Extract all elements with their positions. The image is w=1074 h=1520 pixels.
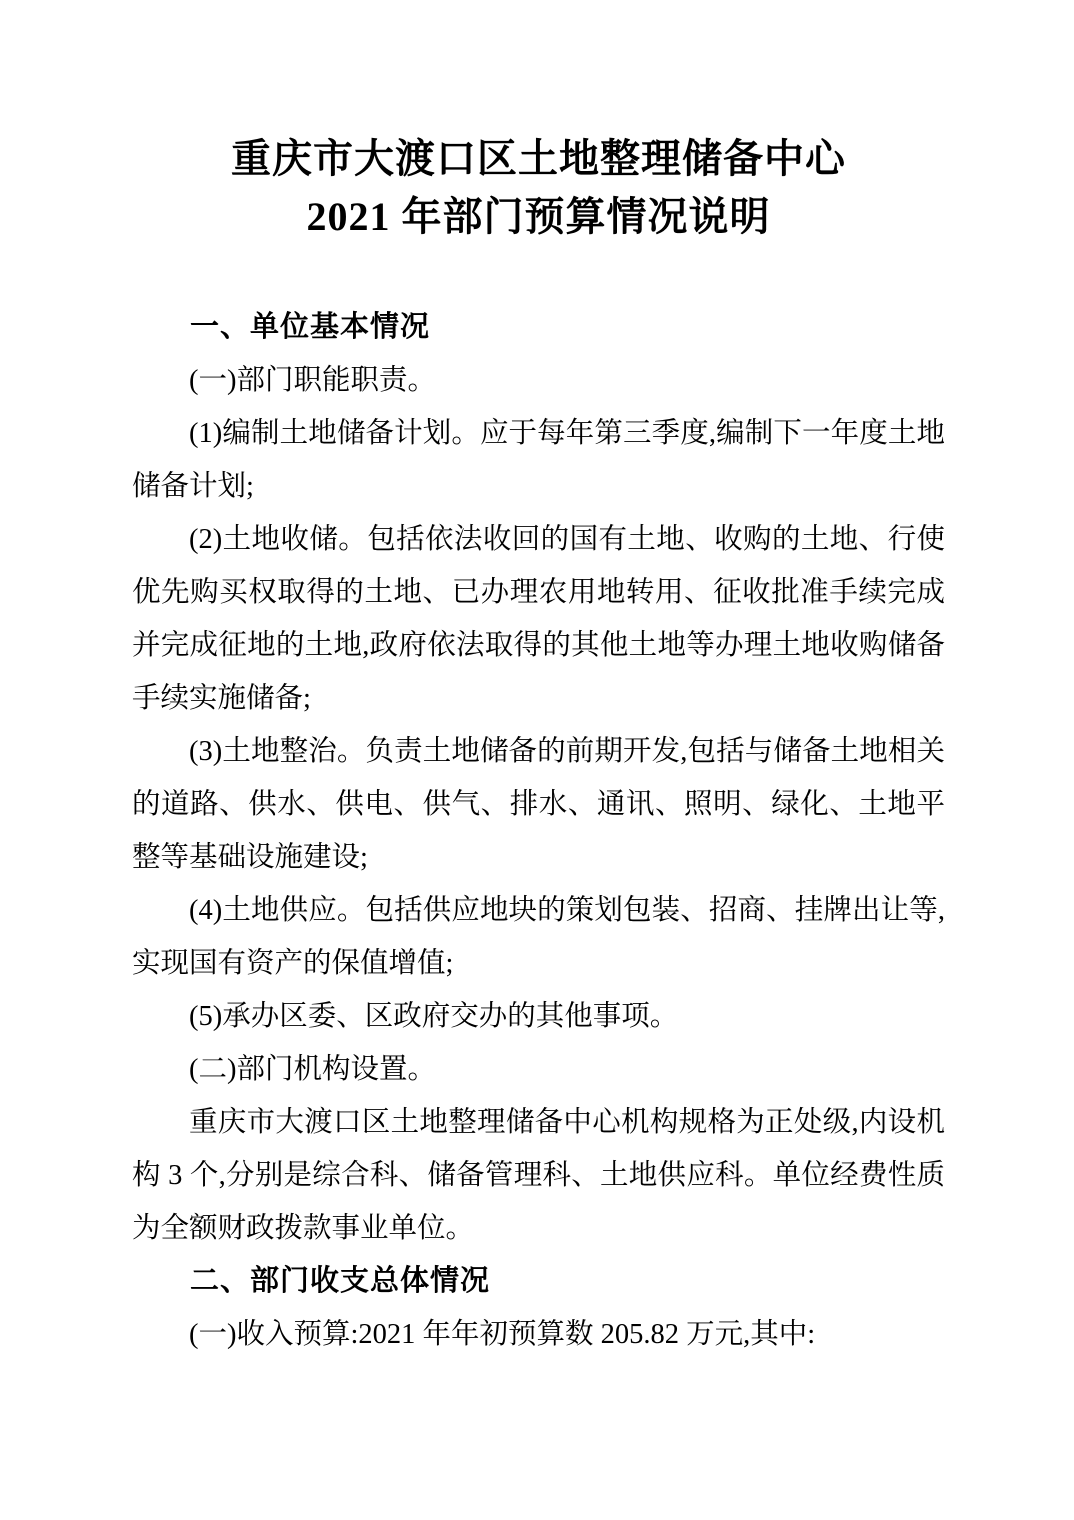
paragraph-duty-2: (2)土地收储。包括依法收回的国有土地、收购的土地、行使优先购买权取得的土地、已…	[132, 513, 945, 725]
paragraph-duty-1: (1)编制土地储备计划。应于每年第三季度,编制下一年度土地储备计划;	[132, 407, 945, 513]
title-line-2: 2021 年部门预算情况说明	[132, 188, 945, 246]
paragraph-duty-4: (4)土地供应。包括供应地块的策划包装、招商、挂牌出让等,实现国有资产的保值增值…	[132, 884, 945, 990]
section-heading-basic-info: 一、单位基本情况	[132, 301, 945, 354]
paragraph-duties-title: (一)部门职能职责。	[132, 354, 945, 407]
document-page: 重庆市大渡口区土地整理储备中心 2021 年部门预算情况说明 一、单位基本情况 …	[0, 0, 1074, 1520]
paragraph-org-structure-detail: 重庆市大渡口区土地整理储备中心机构规格为正处级,内设机构 3 个,分别是综合科、…	[132, 1096, 945, 1255]
section-heading-revenue-expenditure: 二、部门收支总体情况	[132, 1255, 945, 1308]
paragraph-income-budget: (一)收入预算:2021 年年初预算数 205.82 万元,其中:	[132, 1308, 945, 1361]
paragraph-duty-3: (3)土地整治。负责土地储备的前期开发,包括与储备土地相关的道路、供水、供电、供…	[132, 725, 945, 884]
document-title: 重庆市大渡口区土地整理储备中心 2021 年部门预算情况说明	[132, 130, 945, 246]
paragraph-org-structure-title: (二)部门机构设置。	[132, 1043, 945, 1096]
title-line-1: 重庆市大渡口区土地整理储备中心	[132, 130, 945, 188]
paragraph-duty-5: (5)承办区委、区政府交办的其他事项。	[132, 990, 945, 1043]
document-body: 一、单位基本情况 (一)部门职能职责。 (1)编制土地储备计划。应于每年第三季度…	[132, 301, 945, 1361]
